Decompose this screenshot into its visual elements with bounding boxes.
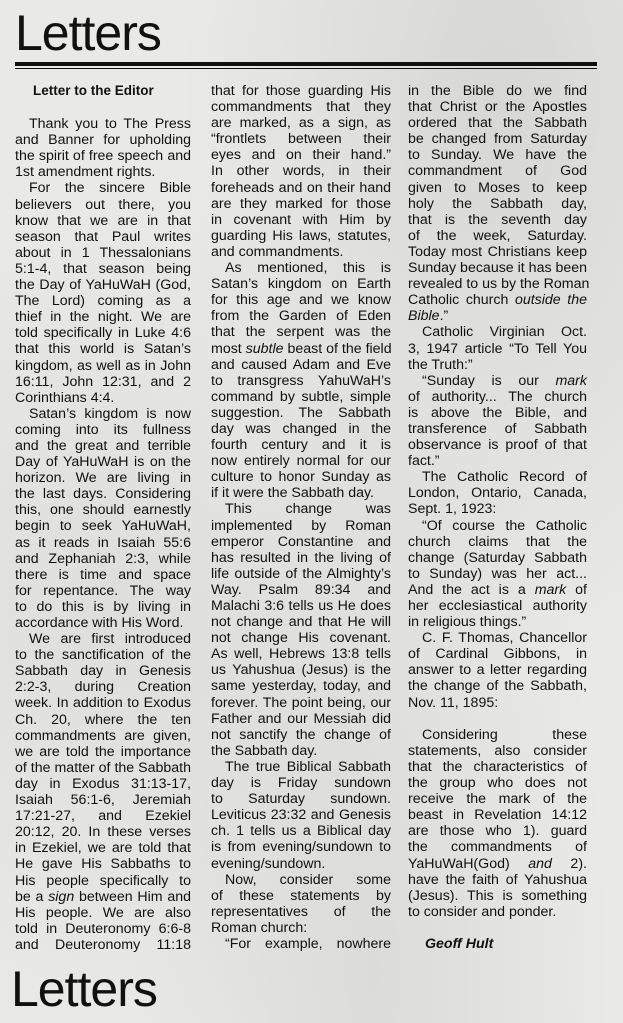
text-line: week. In addition to Exodus bbox=[15, 695, 191, 711]
text-line: ch. 1 tells us a Biblical day bbox=[211, 823, 391, 839]
text-line: to Sunday. We have the bbox=[408, 147, 587, 163]
text-line: Isaiah 56:1-6, Jeremiah bbox=[15, 792, 191, 808]
text-line: has resulted in the living of bbox=[211, 550, 391, 566]
text-line: And the act is a mark of bbox=[408, 582, 587, 598]
text-line: for repentance. The way bbox=[15, 583, 191, 599]
column-text: Thank you to The Pressand Banner for uph… bbox=[15, 116, 191, 953]
text-line: and Deuteronomy 11:18 bbox=[15, 937, 191, 953]
text-line: are they marked for those bbox=[211, 196, 391, 212]
text-line: the change of the Sabbath, bbox=[408, 678, 587, 694]
text-line: foreheads and on their hand bbox=[211, 180, 391, 196]
emphasis: and bbox=[528, 856, 552, 872]
text-line: not sanctify the change of bbox=[211, 727, 391, 743]
text-line: ordered that the Sabbath bbox=[408, 115, 587, 131]
article-column-3: in the Bible do we findthat Christ or th… bbox=[408, 83, 587, 952]
text-line: 20:12, 20. In these verses bbox=[15, 824, 191, 840]
text-line: the Day of YaHuWaH (God, bbox=[15, 277, 191, 293]
text-line: to do this is by living in bbox=[15, 599, 191, 615]
text-line: commandments that they bbox=[211, 99, 391, 115]
text-line: commandments are given, bbox=[15, 728, 191, 744]
text-line: given to Moses to keep bbox=[408, 180, 587, 196]
text-line: same yesterday, today, and bbox=[211, 678, 391, 694]
text-line: have the faith of Yahushua bbox=[408, 872, 587, 888]
letter-heading: Letter to the Editor bbox=[15, 83, 191, 99]
text-line: forever. The point being, our bbox=[211, 695, 391, 711]
text-line: this, one should earnestly bbox=[15, 502, 191, 518]
text-line: For the sincere Bible bbox=[15, 180, 191, 196]
text-line: there is time and space bbox=[15, 567, 191, 583]
text-line: that the serpent was the bbox=[211, 324, 391, 340]
text-line: not change and that He will bbox=[211, 614, 391, 630]
text-line: to consider and ponder. bbox=[408, 904, 587, 920]
text-line: “Sunday is our mark bbox=[408, 373, 587, 389]
text-line: 3, 1947 article “To Tell You bbox=[408, 341, 587, 357]
text-line: to Sunday) was her act... bbox=[408, 566, 587, 582]
emphasis: Bible bbox=[408, 308, 440, 324]
text-line: Day of YaHuWaH is on the bbox=[15, 454, 191, 470]
text-line: Roman church: bbox=[211, 920, 391, 936]
text-line: told specifically in Luke 4:6 bbox=[15, 325, 191, 341]
text-line: Corinthians 4:4. bbox=[15, 390, 191, 406]
text-line: suggestion. The Sabbath bbox=[211, 405, 391, 421]
text-line: holy the Sabbath day, bbox=[408, 196, 587, 212]
text-line: guarding His laws, statutes, bbox=[211, 228, 391, 244]
newsprint-page: Letters Letter to the Editor Thank you t… bbox=[0, 0, 623, 1023]
section-masthead: Letters bbox=[15, 4, 161, 62]
text-line: to Saturday sundown. bbox=[211, 791, 391, 807]
text-line: The true Biblical Sabbath bbox=[211, 759, 391, 775]
text-line: Satan’s kingdom on Earth bbox=[211, 276, 391, 292]
text-line: day is Friday sundown bbox=[211, 775, 391, 791]
text-line: London, Ontario, Canada, bbox=[408, 485, 587, 501]
text-line: This change was bbox=[211, 501, 391, 517]
text-line: her ecclesiastical authority bbox=[408, 598, 587, 614]
text-line: accordance with His Word. bbox=[15, 615, 191, 631]
emphasis: mark bbox=[555, 373, 587, 389]
text-line: of these statements by bbox=[211, 888, 391, 904]
text-line: the group who does not bbox=[408, 775, 587, 791]
text-line: fourth century and it is bbox=[211, 437, 391, 453]
text-line: of Cardinal Gibbons, in bbox=[408, 646, 587, 662]
text-line: the Sabbath day. bbox=[211, 743, 391, 759]
text-line: as it reads in Isaiah 55:6 bbox=[15, 535, 191, 551]
text-line: 5:1-4, that season being bbox=[15, 261, 191, 277]
text-line: Catholic Virginian Oct. bbox=[408, 324, 587, 340]
text-line: now entirely normal for our bbox=[211, 453, 391, 469]
text-line: He gave His Sabbaths to bbox=[15, 856, 191, 872]
text-line: commandment of God bbox=[408, 163, 587, 179]
text-line: emperor Constantine and bbox=[211, 534, 391, 550]
text-line: if it were the Sabbath day. bbox=[211, 485, 391, 501]
text-line: begin to seek YaHuWaH, bbox=[15, 518, 191, 534]
text-line: in religious things.” bbox=[408, 614, 587, 630]
text-line: culture to honor Sunday as bbox=[211, 469, 391, 485]
masthead-rule-thin bbox=[15, 68, 597, 69]
text-line bbox=[408, 711, 587, 727]
text-line: to transgress YahuWaH’s bbox=[211, 373, 391, 389]
text-line: in Ezekiel, we are told that bbox=[15, 840, 191, 856]
text-line: change (Saturday Sabbath bbox=[408, 550, 587, 566]
text-line: As mentioned, this is bbox=[211, 260, 391, 276]
text-line: the spirit of free speech and bbox=[15, 148, 191, 164]
text-line: thief in the night. We are bbox=[15, 309, 191, 325]
column-text: in the Bible do we findthat Christ or th… bbox=[408, 83, 587, 920]
text-line: season that Paul writes bbox=[15, 229, 191, 245]
text-line: Thank you to The Press bbox=[15, 116, 191, 132]
text-line: His people. We are also bbox=[15, 905, 191, 921]
text-line: Father and our Messiah did bbox=[211, 711, 391, 727]
text-line: we are told the importance bbox=[15, 744, 191, 760]
text-line: In other words, in their bbox=[211, 163, 391, 179]
text-line: Sabbath day in Genesis bbox=[15, 663, 191, 679]
text-line: and the great and terrible bbox=[15, 438, 191, 454]
article-column-2: that for those guarding Hiscommandments … bbox=[211, 83, 391, 952]
text-line: implemented by Roman bbox=[211, 518, 391, 534]
text-line: of the week, Saturday. bbox=[408, 228, 587, 244]
text-line: “Of course the Catholic bbox=[408, 518, 587, 534]
text-line: and commandments. bbox=[211, 244, 391, 260]
text-line: As well, Hebrews 13:8 tells bbox=[211, 646, 391, 662]
text-line: day in Exodus 31:13-17, bbox=[15, 776, 191, 792]
text-line: coming into its fullness bbox=[15, 422, 191, 438]
text-line: in covenant with Him by bbox=[211, 212, 391, 228]
text-line: the Truth:” bbox=[408, 357, 587, 373]
text-line: the commandments of bbox=[408, 839, 587, 855]
text-line: Nov. 11, 1895: bbox=[408, 695, 587, 711]
text-line: Now, consider some bbox=[211, 872, 391, 888]
text-line: Bible.” bbox=[408, 308, 587, 324]
text-line: horizon. We are living in bbox=[15, 470, 191, 486]
text-line: and Zephaniah 2:3, while bbox=[15, 551, 191, 567]
text-line: beast in Revelation 14:12 bbox=[408, 807, 587, 823]
text-line: 16:11, John 12:31, and 2 bbox=[15, 374, 191, 390]
text-line: be changed from Saturday bbox=[408, 131, 587, 147]
text-line: Today most Christians keep bbox=[408, 244, 587, 260]
text-line: The Lord) coming as a bbox=[15, 293, 191, 309]
text-line: Sunday because it has been bbox=[408, 260, 587, 276]
text-line: evening/sundown. bbox=[211, 856, 391, 872]
emphasis: outside the bbox=[515, 292, 587, 308]
section-footer-label: Letters bbox=[11, 960, 157, 1018]
text-line: be a sign between Him and bbox=[15, 889, 191, 905]
text-line: are marked, as a sign, as bbox=[211, 115, 391, 131]
text-line: command by subtle, simple bbox=[211, 389, 391, 405]
text-line: life outside of the Almighty’s bbox=[211, 566, 391, 582]
column-text: that for those guarding Hiscommandments … bbox=[211, 83, 391, 952]
text-line: “For example, nowhere bbox=[211, 936, 391, 952]
text-line: that the characteristics of bbox=[408, 759, 587, 775]
text-line: know that we are in that bbox=[15, 213, 191, 229]
text-line: answer to a letter regarding bbox=[408, 662, 587, 678]
text-line: fact.” bbox=[408, 453, 587, 469]
text-line: from the Garden of Eden bbox=[211, 308, 391, 324]
text-line: Sept. 1, 1923: bbox=[408, 501, 587, 517]
text-line: that this world is Satan’s bbox=[15, 341, 191, 357]
text-line: The Catholic Record of bbox=[408, 469, 587, 485]
text-line: and caused Adam and Eve bbox=[211, 357, 391, 373]
text-line: His people specifically to bbox=[15, 873, 191, 889]
text-line: kingdom, as well as in John bbox=[15, 358, 191, 374]
text-line: “frontlets between their bbox=[211, 131, 391, 147]
text-line: Leviticus 23:32 and Genesis bbox=[211, 807, 391, 823]
emphasis: subtle bbox=[246, 341, 284, 357]
text-line: that for those guarding His bbox=[211, 83, 391, 99]
text-line: about in 1 Thessalonians bbox=[15, 245, 191, 261]
text-line: day was changed in the bbox=[211, 421, 391, 437]
text-line: that Christ or the Apostles bbox=[408, 99, 587, 115]
text-line: eyes and on their hand.” bbox=[211, 147, 391, 163]
text-line: is above the Bible, and bbox=[408, 405, 587, 421]
text-line: not change His covenant. bbox=[211, 630, 391, 646]
text-line: Way. Psalm 89:34 and bbox=[211, 582, 391, 598]
text-line: transference of Sabbath bbox=[408, 421, 587, 437]
text-line: 2:2-3, during Creation bbox=[15, 679, 191, 695]
text-line: We are first introduced bbox=[15, 631, 191, 647]
text-line: statements, also consider bbox=[408, 743, 587, 759]
text-line: observance is proof of that bbox=[408, 437, 587, 453]
text-line: believers out there, you bbox=[15, 197, 191, 213]
text-line: the last days. Considering bbox=[15, 486, 191, 502]
text-line: us Yahushua (Jesus) is the bbox=[211, 662, 391, 678]
text-line: most subtle beast of the field bbox=[211, 341, 391, 357]
text-line: are those who 1). guard bbox=[408, 823, 587, 839]
text-line: 17:21-27, and Ezekiel bbox=[15, 808, 191, 824]
letter-signature: Geoff Hult bbox=[408, 936, 587, 952]
text-line: receive the mark of the bbox=[408, 791, 587, 807]
text-line: in the Bible do we find bbox=[408, 83, 587, 99]
text-line: Ch. 20, where the ten bbox=[15, 712, 191, 728]
text-line: told in Deuteronomy 6:6-8 bbox=[15, 921, 191, 937]
text-line: 1st amendment rights. bbox=[15, 164, 191, 180]
text-line: YaHuWaH(God) and 2). bbox=[408, 856, 587, 872]
masthead-rule-thick bbox=[15, 62, 597, 66]
text-line: for this age and we know bbox=[211, 292, 391, 308]
text-line: Considering these bbox=[408, 727, 587, 743]
text-line: that is the seventh day bbox=[408, 212, 587, 228]
text-line: Catholic church outside the bbox=[408, 292, 587, 308]
text-line: C. F. Thomas, Chancellor bbox=[408, 630, 587, 646]
emphasis: sign bbox=[48, 889, 74, 905]
text-line: and Banner for upholding bbox=[15, 132, 191, 148]
text-line: of authority... The church bbox=[408, 389, 587, 405]
text-line: church claims that the bbox=[408, 534, 587, 550]
text-line: Satan’s kingdom is now bbox=[15, 406, 191, 422]
emphasis: mark bbox=[535, 582, 567, 598]
text-line: representatives of the bbox=[211, 904, 391, 920]
text-line: is from evening/sundown to bbox=[211, 839, 391, 855]
article-column-1: Letter to the Editor Thank you to The Pr… bbox=[15, 83, 191, 953]
text-line: Malachi 3:6 tells us He does bbox=[211, 598, 391, 614]
text-line: (Jesus). This is something bbox=[408, 888, 587, 904]
text-line: of the matter of the Sabbath bbox=[15, 760, 191, 776]
text-line: to the sanctification of the bbox=[15, 647, 191, 663]
text-line: revealed to us by the Roman bbox=[408, 276, 587, 292]
